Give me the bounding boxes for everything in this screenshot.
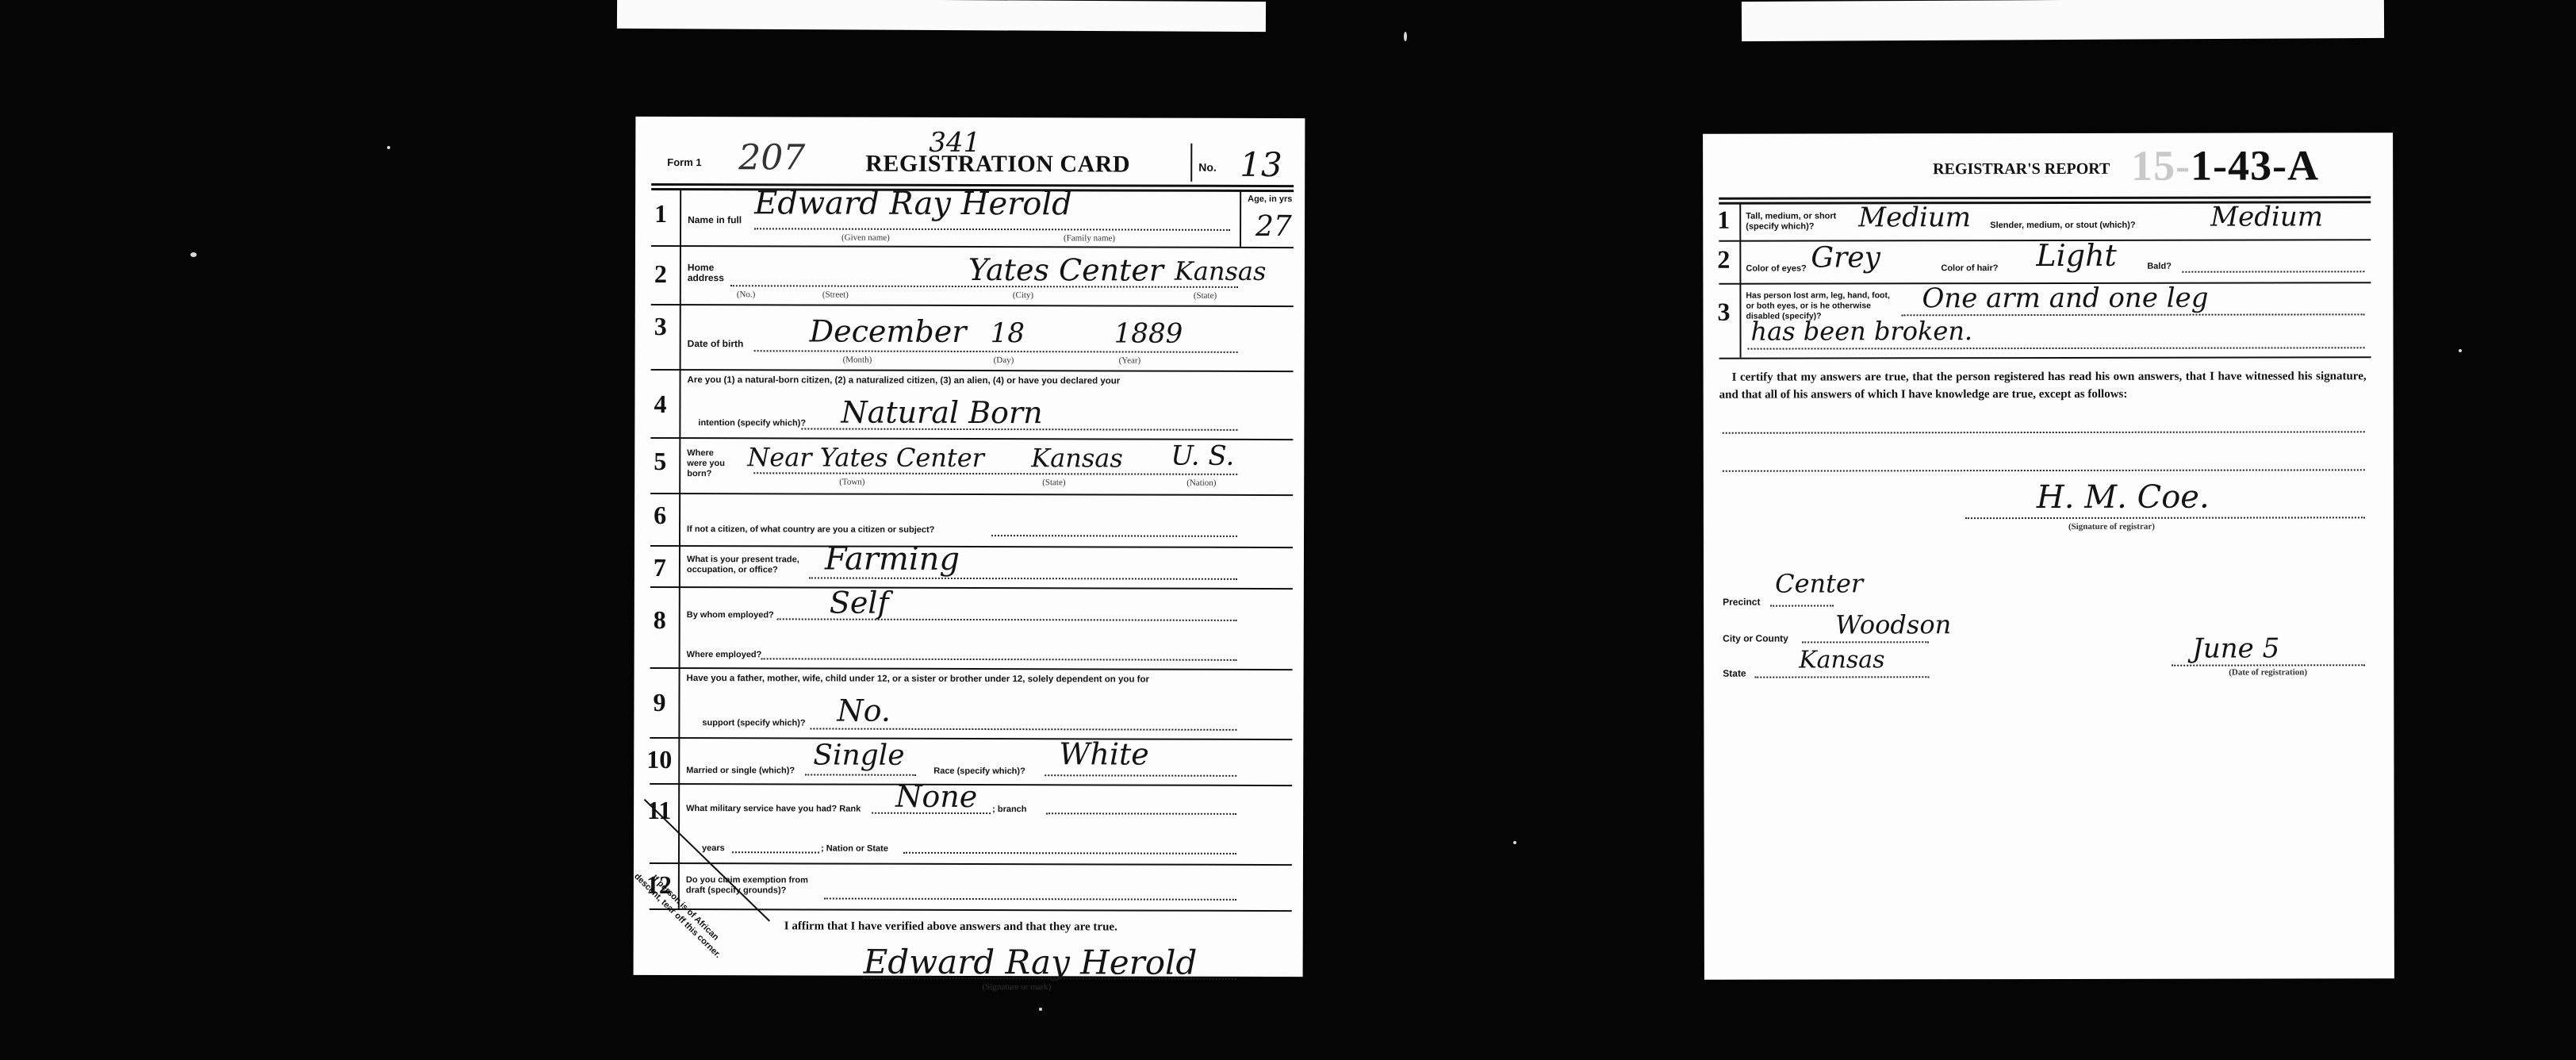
row-number: 2 (645, 259, 677, 289)
birth-day-value: 18 (991, 317, 1025, 349)
race-value: White (1059, 736, 1149, 771)
state-label: State (1723, 669, 1746, 679)
film-speck (2459, 349, 2462, 352)
age-label: Age, in yrs (1248, 194, 1292, 205)
year-sublabel: (Year) (1119, 355, 1141, 365)
film-speck (1039, 1008, 1042, 1011)
form-number: 207 (738, 137, 805, 178)
fill-line (805, 774, 916, 775)
town-sublabel: (Town) (839, 478, 864, 487)
number-label: No. (1198, 161, 1217, 174)
divider (650, 667, 1293, 670)
military-years-label: years (702, 843, 725, 854)
birth-nation-value: U. S. (1171, 440, 1234, 472)
family-name-sublabel: (Family name) (1064, 233, 1115, 243)
military-nation-label: ; Nation or State (821, 844, 888, 855)
state-sublabel: (State) (1042, 478, 1065, 487)
birthplace-label: Where were you born? (687, 448, 734, 479)
birth-town-value: Near Yates Center (747, 442, 984, 473)
dependents-question: Have you a father, mother, wife, child u… (687, 674, 1149, 686)
fill-line (2182, 271, 2364, 272)
registration-card: Form 1 207 341 REGISTRATION CARD No. 13 … (634, 117, 1305, 977)
row-number: 8 (644, 605, 676, 635)
fill-line (1802, 641, 1929, 643)
fill-line (824, 898, 1236, 901)
registrar-signature-sublabel: (Signature of registrar) (2068, 522, 2155, 532)
home-address-label: Home address (688, 263, 727, 283)
film-speck (1513, 841, 1516, 844)
nation-sublabel: (Nation) (1186, 478, 1216, 488)
height-label: Tall, medium, or short (specify which)? (1746, 211, 1841, 232)
state-sublabel: (State) (1194, 291, 1217, 301)
marital-status-label: Married or single (which)? (686, 766, 795, 776)
employment-place-label: Where employed? (687, 650, 762, 660)
certification-text: I certify that my answers are true, that… (1719, 367, 2367, 403)
registrant-signature: Edward Ray Herold (864, 943, 1198, 982)
fill-line (754, 350, 1238, 353)
county-label: City or County (1723, 634, 1788, 644)
row-number: 9 (643, 688, 675, 717)
name-label: Name in full (688, 215, 742, 225)
row-number: 4 (644, 390, 676, 419)
fill-line (1046, 812, 1236, 815)
build-label: Slender, medium, or stout (which)? (1990, 221, 2135, 231)
eye-color-label: Color of eyes? (1746, 264, 1806, 275)
bald-label: Bald? (2147, 262, 2172, 272)
given-name-sublabel: (Given name) (841, 233, 890, 243)
fill-line (1045, 774, 1236, 777)
employer-label: By whom employed? (687, 610, 774, 620)
row-number: 6 (644, 501, 676, 530)
row-number: 2 (1708, 245, 1739, 275)
military-rank-label: What military service have you had? Rank (686, 804, 861, 815)
city-value: Yates Center (968, 252, 1163, 288)
divider (650, 586, 1293, 590)
occupation-value: Farming (825, 541, 960, 578)
employer-value: Self (830, 586, 889, 620)
row-number: 3 (1708, 298, 1739, 327)
divider (651, 304, 1294, 307)
fill-line (810, 728, 1236, 730)
precinct-label: Precinct (1723, 597, 1760, 608)
report-title: REGISTRAR'S REPORT (1933, 160, 2110, 179)
adjacent-card-top-right (1742, 0, 2384, 41)
row-number: 7 (644, 553, 676, 582)
eye-color-value: Grey (1811, 241, 1880, 274)
signature-sublabel: (Signature or mark) (983, 982, 1052, 992)
serial-faint-prefix: 15- (2131, 142, 2191, 190)
exemption-label: Do you claim exemption from draft (speci… (686, 875, 821, 896)
citizenship-question: Are you (1) a natural-born citizen, (2) … (688, 375, 1121, 386)
fill-line (1754, 676, 1929, 678)
full-name-value: Edward Ray Herold (754, 185, 1072, 222)
card-number-box: No. 13 (1190, 144, 1217, 182)
fill-line (1770, 605, 1834, 606)
county-value: Woodson (1835, 609, 1951, 639)
disability-value: One arm and one leg (1922, 282, 2208, 315)
divider (650, 493, 1293, 496)
fill-line (753, 472, 1237, 475)
card-header: Form 1 207 341 REGISTRATION CARD No. 13 (667, 132, 1289, 182)
divider (1719, 356, 2371, 359)
birth-month-value: December (810, 313, 967, 349)
divider (651, 369, 1294, 372)
day-sublabel: (Day) (994, 355, 1014, 365)
divider (650, 908, 1292, 912)
occupation-label: What is your present trade, occupation, … (687, 555, 806, 575)
fill-line (809, 577, 1237, 579)
divider (650, 862, 1292, 866)
divider (650, 545, 1293, 548)
serial-number: 1-43-A (2191, 141, 2319, 189)
dependents-support-label: support (specify which)? (702, 718, 805, 728)
fill-line (761, 658, 1237, 661)
state-value: Kansas (1799, 646, 1884, 674)
military-rank-value: None (895, 779, 977, 814)
hair-color-label: Color of hair? (1941, 263, 1998, 274)
row-number: 10 (638, 745, 680, 774)
dependents-value: No. (837, 693, 891, 728)
adjacent-card-top-left (617, 0, 1266, 32)
row-number: 3 (645, 312, 677, 341)
divider (650, 737, 1292, 740)
affirmation-text: I affirm that I have verified above answ… (784, 920, 1117, 934)
foreign-citizenship-label: If not a citizen, of what country are yo… (687, 524, 934, 536)
state-value: Kansas (1175, 256, 1267, 286)
birth-year-value: 1889 (1114, 317, 1183, 349)
citizenship-intention-label: intention (specify which)? (698, 418, 806, 428)
hair-color-value: Light (2036, 238, 2117, 273)
divider (1719, 196, 2371, 199)
signature-line (1965, 517, 2365, 519)
film-speck (1404, 32, 1407, 41)
age-column-divider (1240, 191, 1241, 247)
street-sublabel: (Street) (822, 290, 849, 300)
film-speck (387, 146, 390, 149)
card-title: REGISTRATION CARD (865, 151, 1130, 179)
height-value: Medium (1858, 202, 1971, 233)
row-number: 1 (1708, 205, 1739, 235)
city-sublabel: (City) (1013, 290, 1033, 300)
registration-date-sublabel: (Date of registration) (2229, 667, 2307, 677)
no-sublabel: (No.) (737, 290, 756, 299)
fill-line (732, 851, 819, 853)
form-label: Form 1 (667, 156, 701, 168)
precinct-value: Center (1775, 568, 1863, 598)
card-number: 13 (1240, 145, 1282, 184)
fill-line (991, 535, 1237, 537)
divider (651, 245, 1294, 248)
fill-line (754, 228, 1230, 231)
birth-state-value: Kansas (1031, 443, 1123, 473)
build-value: Medium (2210, 201, 2323, 232)
month-sublabel: (Month) (843, 355, 872, 365)
row-number: 1 (645, 199, 677, 229)
row-number: 5 (644, 447, 676, 476)
fill-line (2172, 664, 2365, 666)
registration-date-value: June 5 (2192, 632, 2279, 664)
registrars-report-card: REGISTRAR'S REPORT 15-1-43-A 1 Tall, med… (1703, 132, 2394, 980)
serial-stamp: 15-1-43-A (2131, 140, 2319, 190)
disability-value-continued: has been broken. (1750, 316, 1972, 346)
fill-line (1748, 347, 2365, 349)
row-number-divider (1739, 204, 1741, 358)
registrar-signature: H. M. Coe. (2037, 479, 2210, 516)
citizenship-value: Natural Born (841, 395, 1042, 431)
marital-status-value: Single (813, 739, 904, 771)
exceptions-line (1723, 469, 2365, 471)
film-speck (190, 252, 197, 257)
age-value: 27 (1255, 210, 1292, 243)
race-label: Race (specify which)? (933, 766, 1025, 777)
fill-line (903, 852, 1236, 855)
military-branch-label: ; branch (992, 805, 1026, 815)
exceptions-line (1723, 431, 2365, 433)
dob-label: Date of birth (688, 339, 744, 349)
